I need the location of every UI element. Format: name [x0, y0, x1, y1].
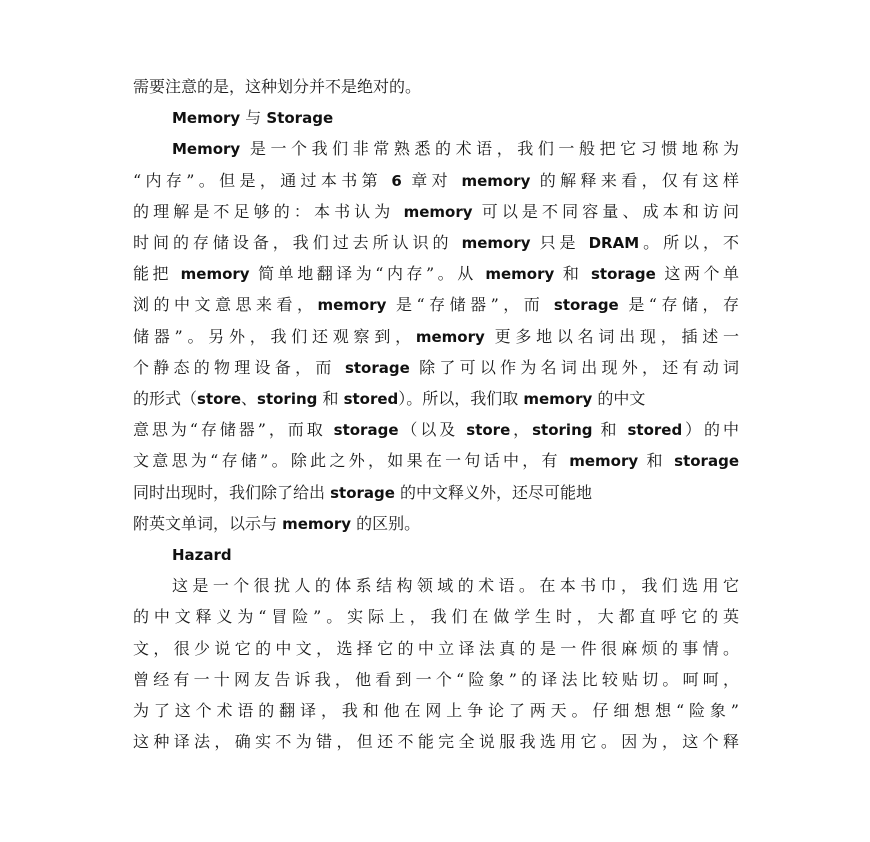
text-segment: 浏的中文意思来看， [133, 295, 317, 314]
text-segment: 的理解是不足够的：本书认为 [133, 202, 404, 221]
text-segment: 时间的存储设备，我们过去所认识的 [133, 233, 462, 252]
text-segment: ， [510, 420, 532, 439]
english-term: memory [181, 265, 250, 283]
text-segment: 是“存储器”，而 [386, 295, 554, 314]
paragraph-line: 的理解是不足够的：本书认为 memory 可以是不同容量、成本和访问 [133, 200, 739, 224]
heading-connector: 与 [240, 108, 266, 127]
english-term: stored [344, 390, 399, 408]
text-segment: 和 [554, 264, 591, 283]
text-segment: 的中文释义外，还尽可能地 [395, 483, 592, 502]
english-term: store [197, 390, 241, 408]
text-segment: 能把 [133, 264, 181, 283]
english-term: stored [627, 421, 682, 439]
english-term: storage [334, 421, 399, 439]
text-segment: 的中文 [592, 389, 645, 408]
text-segment: 为了这个术语的翻译，我和他在网上争论了两天。仔细想想“险象” [133, 701, 739, 720]
text-segment: 除了可以作为名词出现外，还有动词 [410, 358, 739, 377]
text-segment: 的解释来看，仅有这样 [530, 171, 739, 190]
paragraph-line: Memory 是一个我们非常熟悉的术语，我们一般把它习惯地称为 [172, 137, 739, 161]
paragraph-line: 为了这个术语的翻译，我和他在网上争论了两天。仔细想想“险象” [133, 699, 739, 723]
text-segment: 更多地以名词出现，插述一 [485, 327, 739, 346]
paragraph-line: 文，很少说它的中文，选择它的中立译法真的是一件很麻烦的事情。 [133, 637, 739, 661]
paragraph-line: 的中文释义为“冒险”。实际上，我们在做学生时，大都直呼它的英 [133, 605, 739, 629]
english-term: memory [523, 390, 592, 408]
paragraph-line: 的形式（store、storing 和 stored）。所以，我们取 memor… [133, 387, 739, 411]
text-segment: 的中文释义为“冒险”。实际上，我们在做学生时，大都直呼它的英 [133, 607, 739, 626]
paragraph-line: 同时出现时，我们除了给出 storage 的中文释义外，还尽可能地 [133, 481, 739, 505]
text-segment: 这两个单 [656, 264, 739, 283]
text-segment: “内存”。但是，通过本书第 [133, 171, 391, 190]
paragraph-line: 附英文单词，以示与 memory 的区别。 [133, 512, 739, 536]
english-term: store [466, 421, 510, 439]
text-segment: （以及 [399, 420, 467, 439]
text-segment: 是“存储，存 [619, 295, 739, 314]
text-segment: 、 [241, 389, 257, 408]
section-heading: Memory 与 Storage [172, 106, 333, 130]
text-segment: 章对 [402, 171, 462, 190]
text-segment: ）。所以，我们取 [398, 389, 523, 408]
paragraph-line: 需要注意的是，这种划分并不是绝对的。 [133, 75, 739, 99]
paragraph-line: 这种译法，确实不为错，但还不能完全说服我选用它。因为，这个释 [133, 730, 739, 754]
text-segment: 曾经有一十网友告诉我，他看到一个“险象”的译法比较贴切。呵呵， [133, 670, 739, 689]
english-term: memory [569, 452, 638, 470]
english-term: storage [591, 265, 656, 283]
english-term: Memory [172, 140, 240, 158]
paragraph-line: “内存”。但是，通过本书第 6 章对 memory 的解释来看，仅有这样 [133, 169, 739, 193]
paragraph-line: 曾经有一十网友告诉我，他看到一个“险象”的译法比较贴切。呵呵， [133, 668, 739, 692]
text-segment: 和 [638, 451, 674, 470]
text-segment: 只是 [531, 233, 589, 252]
heading-term: Memory [172, 109, 240, 127]
text-segment: 同时出现时，我们除了给出 [133, 483, 330, 502]
text-segment: 文意思为“存储”。除此之外，如果在一句话中，有 [133, 451, 569, 470]
english-term: memory [462, 234, 531, 252]
text-segment: 附英文单词，以示与 [133, 514, 282, 533]
text-segment: 储器”。另外，我们还观察到， [133, 327, 416, 346]
paragraph-line: 浏的中文意思来看，memory 是“存储器”，而 storage 是“存储，存 [133, 293, 739, 317]
text-segment: 和 [317, 389, 343, 408]
english-term: storage [554, 296, 619, 314]
text-segment: 的形式（ [133, 389, 197, 408]
heading-term: Storage [266, 109, 333, 127]
text-segment: 简单地翻译为“内存”。从 [250, 264, 486, 283]
english-term: memory [404, 203, 473, 221]
english-term: storage [330, 484, 395, 502]
english-term: storing [532, 421, 592, 439]
english-term: memory [485, 265, 554, 283]
paragraph-line: 文意思为“存储”。除此之外，如果在一句话中，有 memory 和 storage [133, 449, 739, 473]
english-term: 6 [391, 172, 401, 190]
text-segment: 。所以，不 [639, 233, 739, 252]
english-term: storage [674, 452, 739, 470]
text-segment: 是一个我们非常熟悉的术语，我们一般把它习惯地称为 [240, 139, 739, 158]
paragraph-line: 个静态的物理设备，而 storage 除了可以作为名词出现外，还有动词 [133, 356, 739, 380]
english-term: memory [317, 296, 386, 314]
english-term: memory [416, 328, 485, 346]
text-segment: 文，很少说它的中文，选择它的中立译法真的是一件很麻烦的事情。 [133, 639, 739, 658]
text-segment: 和 [592, 420, 627, 439]
paragraph-line: 意思为“存储器”，而取 storage（以及 store，storing 和 s… [133, 418, 739, 442]
english-term: DRAM [589, 234, 640, 252]
english-term: storing [257, 390, 317, 408]
text-segment: 这种译法，确实不为错，但还不能完全说服我选用它。因为，这个释 [133, 732, 739, 751]
text-segment: 这是一个很扰人的体系结构领域的术语。在本书巾，我们选用它 [172, 576, 739, 595]
text-segment: 的区别。 [351, 514, 420, 533]
paragraph-line: 时间的存储设备，我们过去所认识的 memory 只是 DRAM。所以，不 [133, 231, 739, 255]
document-page: 需要注意的是，这种划分并不是绝对的。Memory 与 StorageMemory… [0, 0, 870, 842]
section-heading: Hazard [172, 543, 232, 567]
english-term: memory [282, 515, 351, 533]
heading-term: Hazard [172, 546, 232, 564]
text-segment: 个静态的物理设备，而 [133, 358, 345, 377]
paragraph-line: 储器”。另外，我们还观察到，memory 更多地以名词出现，插述一 [133, 325, 739, 349]
english-term: storage [345, 359, 410, 377]
paragraph-line: 这是一个很扰人的体系结构领域的术语。在本书巾，我们选用它 [172, 574, 739, 598]
text-segment: 可以是不同容量、成本和访问 [473, 202, 739, 221]
english-term: memory [461, 172, 530, 190]
paragraph-line: 能把 memory 简单地翻译为“内存”。从 memory 和 storage … [133, 262, 739, 286]
text-segment: 意思为“存储器”，而取 [133, 420, 334, 439]
text-segment: ）的中 [682, 420, 739, 439]
